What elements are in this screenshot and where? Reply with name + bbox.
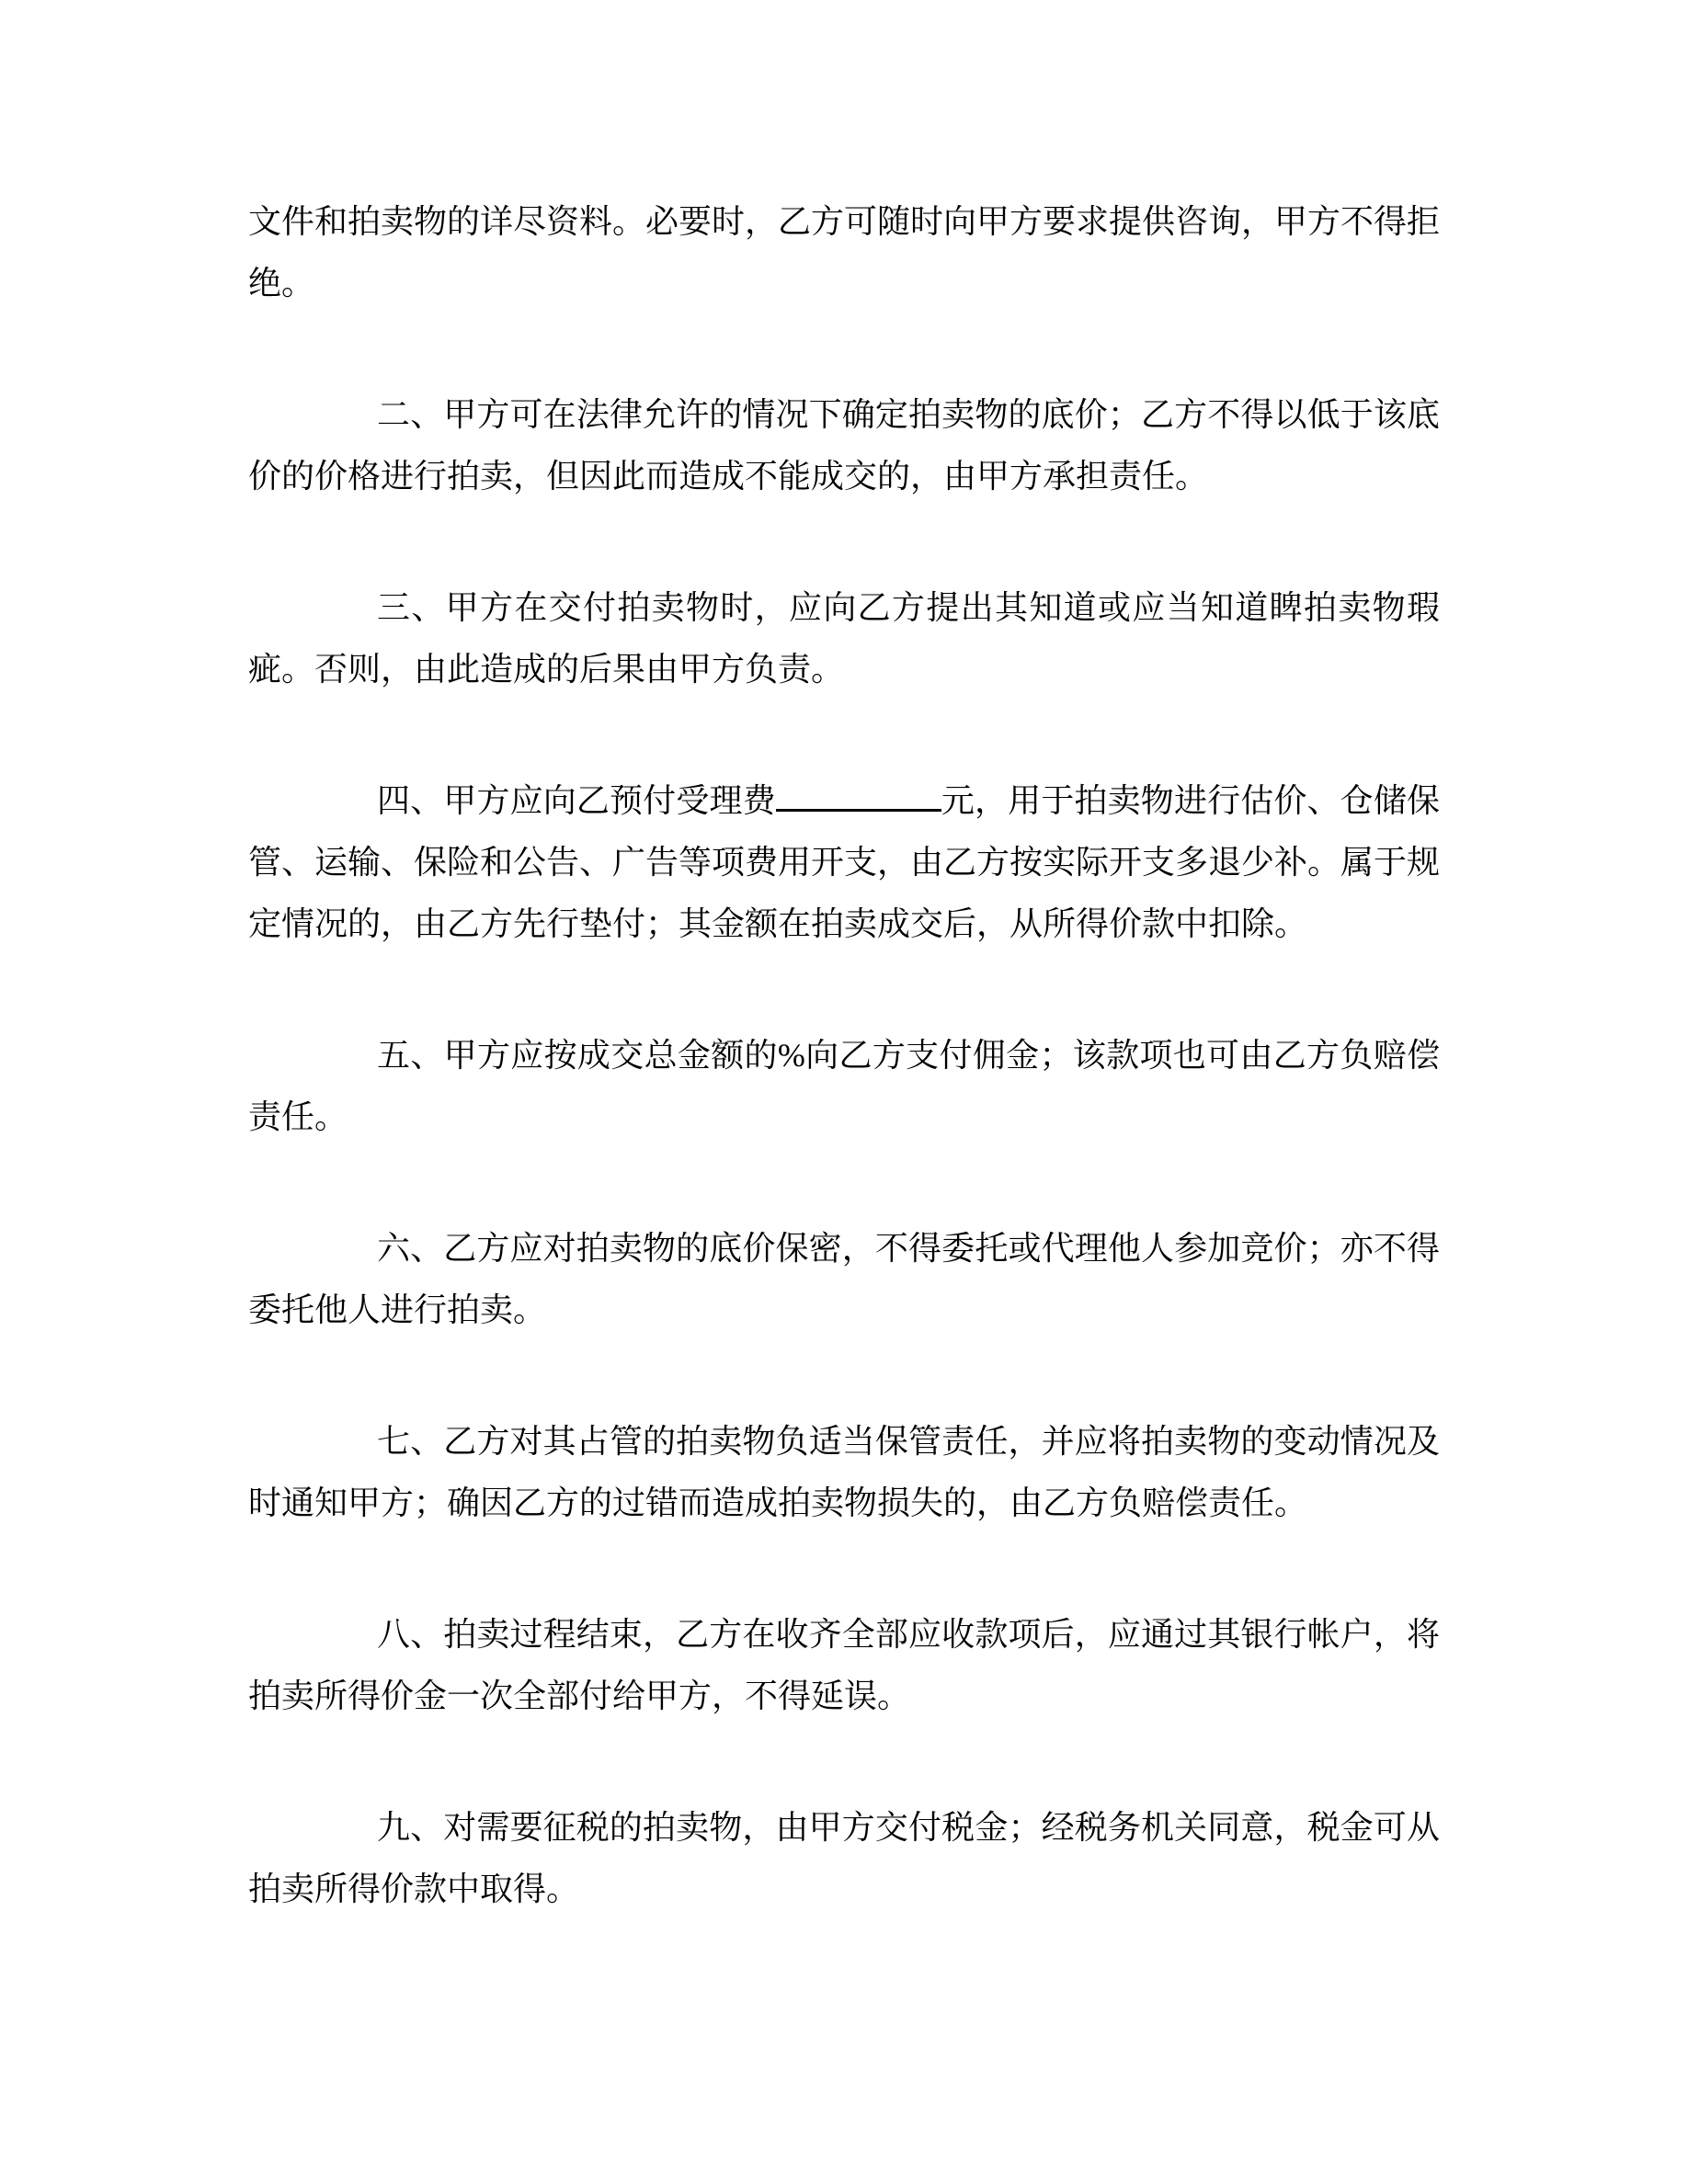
paragraph-text: 三、甲方在交付拍卖物时，应向乙方提出其知道或应当知道睥拍卖物瑕疵。否则，由此造成…: [248, 589, 1440, 688]
paragraph-text: 八、拍卖过程结束，乙方在收齐全部应收款项后，应通过其银行帐户，将拍卖所得价金一次…: [248, 1616, 1440, 1714]
paragraph: 四、甲方应向乙预付受理费元，用于拍卖物进行估价、仓储保管、运输、保险和公告、广告…: [248, 770, 1440, 955]
document-page: 文件和拍卖物的详尽资料。必要时，乙方可随时向甲方要求提供咨询，甲方不得拒绝。二、…: [248, 191, 1440, 1990]
paragraph-text: 七、乙方对其占管的拍卖物负适当保管责任，并应将拍卖物的变动情况及时通知甲方；确因…: [248, 1423, 1440, 1521]
paragraph: 文件和拍卖物的详尽资料。必要时，乙方可随时向甲方要求提供咨询，甲方不得拒绝。: [248, 191, 1440, 314]
paragraph: 九、对需要征税的拍卖物，由甲方交付税金；经税务机关同意，税金可从拍卖所得价款中取…: [248, 1797, 1440, 1920]
paragraph-text: 文件和拍卖物的详尽资料。必要时，乙方可随时向甲方要求提供咨询，甲方不得拒绝。: [248, 203, 1440, 301]
paragraph: 七、乙方对其占管的拍卖物负适当保管责任，并应将拍卖物的变动情况及时通知甲方；确因…: [248, 1411, 1440, 1534]
paragraph: 五、甲方应按成交总金额的%向乙方支付佣金；该款项也可由乙方负赔偿责任。: [248, 1025, 1440, 1148]
paragraph-text: 五、甲方应按成交总金额的%向乙方支付佣金；该款项也可由乙方负赔偿责任。: [248, 1037, 1440, 1135]
paragraph-text: 六、乙方应对拍卖物的底价保密，不得委托或代理他人参加竞价；亦不得委托他人进行拍卖…: [248, 1230, 1440, 1328]
paragraph: 二、甲方可在法律允许的情况下确定拍卖物的底价；乙方不得以低于该底价的价格进行拍卖…: [248, 384, 1440, 507]
paragraph-text: 二、甲方可在法律允许的情况下确定拍卖物的底价；乙方不得以低于该底价的价格进行拍卖…: [248, 396, 1440, 495]
paragraph: 三、甲方在交付拍卖物时，应向乙方提出其知道或应当知道睥拍卖物瑕疵。否则，由此造成…: [248, 577, 1440, 700]
paragraph: 八、拍卖过程结束，乙方在收齐全部应收款项后，应通过其银行帐户，将拍卖所得价金一次…: [248, 1604, 1440, 1727]
paragraph: 六、乙方应对拍卖物的底价保密，不得委托或代理他人参加竞价；亦不得委托他人进行拍卖…: [248, 1218, 1440, 1341]
fill-in-blank-line: [776, 779, 941, 812]
paragraph-text: 四、甲方应向乙预付受理费: [377, 782, 776, 819]
paragraph-text: 九、对需要征税的拍卖物，由甲方交付税金；经税务机关同意，税金可从拍卖所得价款中取…: [248, 1809, 1440, 1907]
